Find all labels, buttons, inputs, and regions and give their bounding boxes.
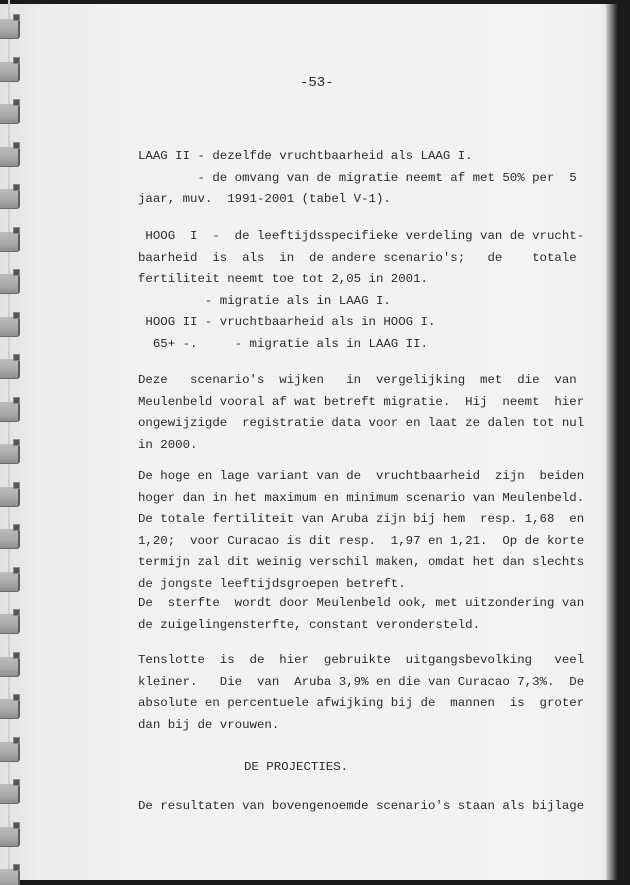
- text-line: Meulenbeld vooral af wat betreft migrati…: [138, 392, 518, 414]
- binding-hole: [13, 184, 20, 191]
- scenario-laag-ii: LAAG II - dezelfde vruchtbaarheid als LA…: [138, 146, 518, 211]
- binding-hole: [13, 14, 20, 21]
- text-line: 65+ -. - migratie als in LAAG II.: [138, 334, 518, 356]
- binding-loop: [0, 274, 20, 294]
- binding-hole: [13, 227, 20, 234]
- text-line: LAAG II - dezelfde vruchtbaarheid als LA…: [138, 146, 518, 168]
- text-line: De totale fertiliteit van Aruba zijn bij…: [138, 509, 518, 531]
- binding-hole: [13, 439, 20, 446]
- binding-loop: [0, 189, 20, 209]
- binding-hole: [13, 312, 20, 319]
- binding-loop: [0, 104, 20, 124]
- paragraph-comparison: Deze scenario's wijken in vergelijking m…: [138, 370, 518, 456]
- binding-hole: [13, 57, 20, 64]
- binding-hole: [13, 142, 20, 149]
- binding-hole: [13, 609, 20, 616]
- binding-loop: [0, 572, 20, 592]
- binding-hole: [13, 652, 20, 659]
- binding-loop: [0, 19, 20, 39]
- binding-loop: [0, 359, 20, 379]
- binding-loop: [0, 147, 20, 167]
- binding-loop: [0, 487, 20, 507]
- paragraph-fertility: De hoge en lage variant van de vruchtbaa…: [138, 466, 518, 595]
- text-line: HOOG II - vruchtbaarheid als in HOOG I.: [138, 312, 518, 334]
- binding-hole: [13, 864, 20, 871]
- paragraph-base-population: Tenslotte is de hier gebruikte uitgangsb…: [138, 650, 518, 736]
- text-line: De hoge en lage variant van de vruchtbaa…: [138, 466, 518, 488]
- text-line: HOOG I - de leeftijdsspecifieke verdelin…: [138, 226, 518, 248]
- binding-loop: [0, 232, 20, 252]
- section-heading: DE PROJECTIES.: [244, 760, 348, 774]
- text-line: Tenslotte is de hier gebruikte uitgangsb…: [138, 650, 518, 672]
- binding-loop: [0, 402, 20, 422]
- paragraph-mortality: De sterfte wordt door Meulenbeld ook, me…: [138, 593, 518, 636]
- text-line: fertiliteit neemt toe tot 2,05 in 2001.: [138, 269, 518, 291]
- binding-hole: [13, 524, 20, 531]
- binding-loop: [0, 784, 20, 804]
- text-line: Deze scenario's wijken in vergelijking m…: [138, 370, 518, 392]
- binding-hole: [13, 822, 20, 829]
- binding-loop: [0, 869, 20, 885]
- text-line: 1,20; voor Curacao is dit resp. 1,97 en …: [138, 531, 518, 553]
- text-line: in 2000.: [138, 435, 518, 457]
- text-line: dan bij de vrouwen.: [138, 715, 518, 737]
- text-line: absolute en percentuele afwijking bij de…: [138, 693, 518, 715]
- binding-hole: [13, 397, 20, 404]
- binding-loop: [0, 614, 20, 634]
- text-line: De sterfte wordt door Meulenbeld ook, me…: [138, 593, 518, 615]
- text-line: - migratie als in LAAG I.: [138, 291, 518, 313]
- text-line: jaar, muv. 1991-2001 (tabel V-1).: [138, 189, 518, 211]
- binding-hole: [13, 567, 20, 574]
- binding-loop: [0, 657, 20, 677]
- page-number: -53-: [300, 75, 334, 91]
- spiral-binding: [0, 0, 26, 885]
- binding-hole: [13, 269, 20, 276]
- text-line: baarheid is als in de andere scenario's;…: [138, 248, 518, 270]
- binding-loop: [0, 699, 20, 719]
- text-line: termijn zal dit weinig verschil maken, o…: [138, 552, 518, 574]
- text-line: ongewijzigde registratie data voor en la…: [138, 413, 518, 435]
- binding-loop: [0, 827, 20, 847]
- scenario-hoog-ii: HOOG II - vruchtbaarheid als in HOOG I. …: [138, 312, 518, 355]
- binding-hole: [13, 482, 20, 489]
- paragraph-results: De resultaten van bovengenoemde scenario…: [138, 796, 518, 818]
- text-line: de zuigelingensterfte, constant veronder…: [138, 615, 518, 637]
- binding-hole: [13, 99, 20, 106]
- page-stack-edge: [606, 4, 618, 880]
- binding-hole: [13, 694, 20, 701]
- text-line: - de omvang van de migratie neemt af met…: [138, 168, 518, 190]
- binding-loop: [0, 62, 20, 82]
- binding-hole: [13, 779, 20, 786]
- binding-hole: [13, 737, 20, 744]
- binding-hole: [13, 354, 20, 361]
- scenario-hoog-i: HOOG I - de leeftijdsspecifieke verdelin…: [138, 226, 518, 312]
- binding-loop: [0, 444, 20, 464]
- text-line: kleiner. Die van Aruba 3,9% en die van C…: [138, 672, 518, 694]
- binding-loop: [0, 317, 20, 337]
- binding-loop: [0, 742, 20, 762]
- text-line: de jongste leeftijdsgroepen betreft.: [138, 574, 518, 596]
- text-line: hoger dan in het maximum en minimum scen…: [138, 488, 518, 510]
- text-line: De resultaten van bovengenoemde scenario…: [138, 796, 518, 818]
- binding-loop: [0, 529, 20, 549]
